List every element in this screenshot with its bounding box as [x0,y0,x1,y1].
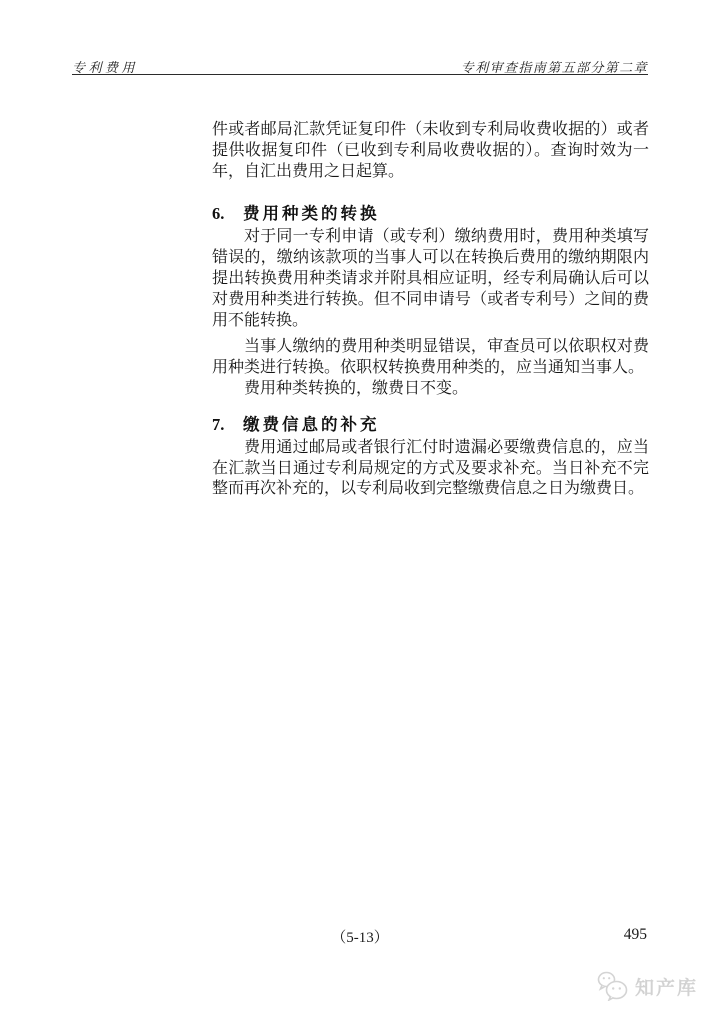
watermark-label: 知产库 [635,973,698,1000]
footer-page-number: 495 [624,926,647,944]
continuation-paragraph: 件或者邮局汇款凭证复印件（未收到专利局收费收据的）或者提供收据复印件（已收到专利… [212,120,649,182]
wechat-icon [597,971,629,1001]
section-title: 缴费信息的补充 [243,415,380,434]
watermark: 知产库 [597,971,698,1001]
footer-folio: （5-13） [0,926,720,947]
section-title: 费用种类的转换 [243,204,380,223]
header-rule [72,74,648,75]
document-content: 件或者邮局汇款凭证复印件（未收到专利局收费收据的）或者提供收据复印件（已收到专利… [212,120,649,500]
paragraph: 当事人缴纳的费用种类明显错误，审查员可以依职权对费用种类进行转换。依职权转换费用… [212,337,649,379]
section-number: 6. [212,203,243,225]
paragraph: 费用种类转换的，缴费日不变。 [212,379,649,400]
section-heading-6: 6.费用种类的转换 [212,203,649,225]
section-number: 7. [212,414,243,436]
section-heading-7: 7.缴费信息的补充 [212,414,649,436]
document-page: 专利费用 专利审查指南第五部分第二章 件或者邮局汇款凭证复印件（未收到专利局收费… [0,0,720,1018]
paragraph: 对于同一专利申请（或专利）缴纳费用时，费用种类填写错误的，缴纳该款项的当事人可以… [212,227,649,331]
paragraph: 费用通过邮局或者银行汇付时遗漏必要缴费信息的，应当在汇款当日通过专利局规定的方式… [212,438,649,500]
